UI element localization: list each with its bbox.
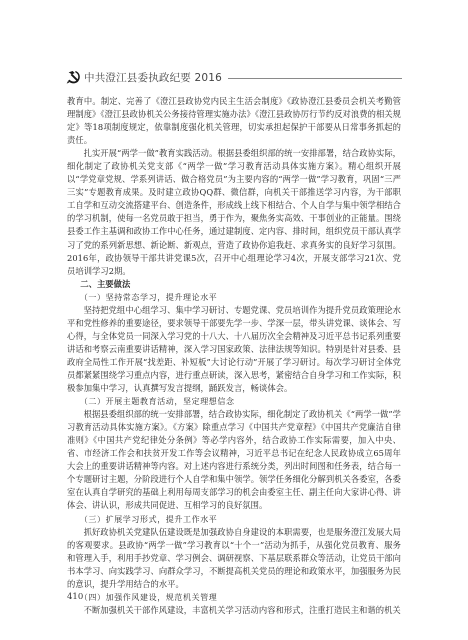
subheading-4: （四）加强作风建设，规范机关管理 (67, 591, 401, 604)
header-rule (228, 78, 402, 79)
paragraph-study-forms: 抓好政协机关党建队伍建设既是加强政协自身建设的本职需要，也是服务澄江发展大局的客… (67, 526, 401, 591)
document-body: 教育中。制定、完善了《澄江县政协党内民主生活会制度》《政协澄江县委员会机关考勤管… (67, 95, 401, 617)
header-title: 中共澄江县委执政纪要 2016 (84, 70, 222, 85)
running-header: 中共澄江县委执政纪要 2016 (66, 69, 402, 85)
paragraph-two-study: 扎实开展“两学一做”教育实践活动。根据县委组织部的统一安排部署，结合政协实际，细… (67, 147, 401, 277)
section-heading-main-practices: 二、主要做法 (67, 278, 401, 291)
paragraph-regular-study: 坚持把党组中心组学习、集中学习研讨、专题党课、党员培训作为提升党员政策理论水平和… (67, 304, 401, 395)
subheading-2: （二）开展主题教育活动，坚定理想信念 (67, 395, 401, 408)
hammer-sickle-icon (66, 69, 82, 85)
paragraph-continuation: 教育中。制定、完善了《澄江县政协党内民主生活会制度》《政协澄江县委员会机关考勤管… (67, 95, 401, 147)
paragraph-theme-education: 根据县委组织部的统一安排部署，结合政协实际，细化制定了政协机关《“两学一做”学习… (67, 408, 401, 512)
paragraph-work-style: 不断加强机关干部作风建设，丰富机关学习活动内容和形式，注重打造民主和谐的机关 (67, 604, 401, 617)
page-number: 410 (67, 592, 83, 602)
subheading-1: （一）坚持常态学习，提升理论水平 (67, 291, 401, 304)
subheading-3: （三）扩展学习形式，提升工作水平 (67, 513, 401, 526)
